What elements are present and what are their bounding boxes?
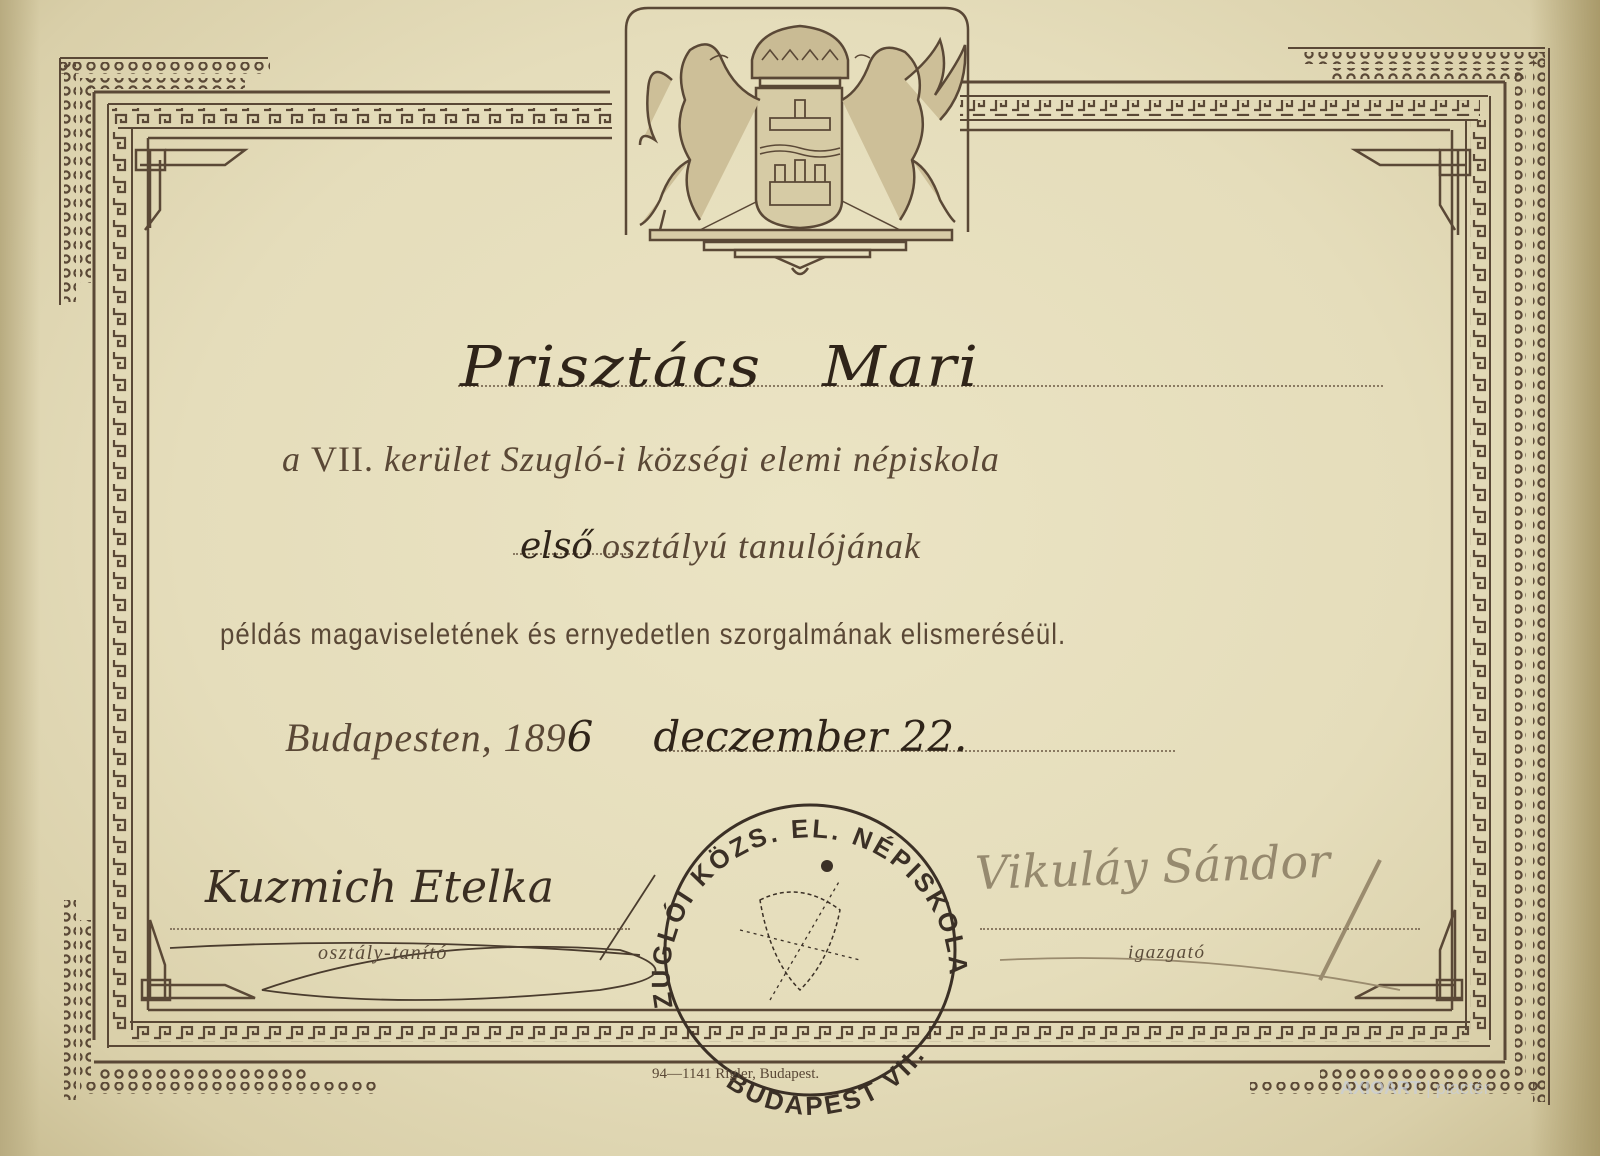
date-handwritten: deczember 22. — [653, 712, 967, 761]
recipient-name: PrisztácsMari — [460, 334, 980, 400]
recipient-first-name: Prisztács — [460, 334, 762, 400]
corner-ornament-bottom-left — [142, 920, 255, 1000]
corner-ornament-top-left — [136, 150, 245, 230]
school-article: a — [282, 439, 301, 479]
teacher-role-label: osztály-tanító — [318, 942, 448, 965]
principal-role-label: igazgató — [1128, 942, 1205, 964]
stamp-top-text: ZUGLÓI KÖZS. EL. NÉPISKOLA — [646, 813, 974, 1010]
corner-ornament-bottom-right — [1355, 910, 1462, 1000]
printer-imprint: 94—1141 Rigler, Budapest. — [652, 1066, 819, 1083]
class-printed: osztályú tanulójának — [602, 526, 921, 566]
date-place-printed: Budapesten, 189 — [285, 715, 567, 760]
teacher-signature-dotted-line — [170, 928, 630, 930]
teacher-signature: Kuzmich Etelka — [205, 862, 554, 913]
recipient-last-name: Mari — [822, 334, 980, 400]
date-line: Budapesten, 1896 deczember 22. — [285, 712, 967, 761]
school-line: a VII. kerület Szugló-i községi elemi né… — [282, 438, 1000, 480]
watermark-brand: AXIOART — [1340, 1078, 1421, 1098]
outer-border-top-right — [960, 48, 1549, 1105]
principal-signature-dotted-line — [980, 928, 1420, 930]
school-name: kerület Szugló-i községi elemi népiskola — [384, 439, 1000, 479]
ornamental-border: ZUGLÓI KÖZS. EL. NÉPISKOLA BUDAPEST VII. — [0, 0, 1600, 1156]
budapest-coat-of-arms — [626, 8, 968, 274]
commendation-line: példás magaviseletének és ernyedetlen sz… — [220, 618, 1066, 652]
date-year-digit: 6 — [567, 712, 594, 761]
watermark: AXIOART | piactér — [1340, 1078, 1490, 1099]
class-handwritten: első — [520, 526, 593, 567]
school-district: VII. — [311, 439, 374, 479]
watermark-suffix: | piactér — [1426, 1078, 1490, 1098]
class-line: első osztályú tanulójának — [520, 525, 921, 567]
